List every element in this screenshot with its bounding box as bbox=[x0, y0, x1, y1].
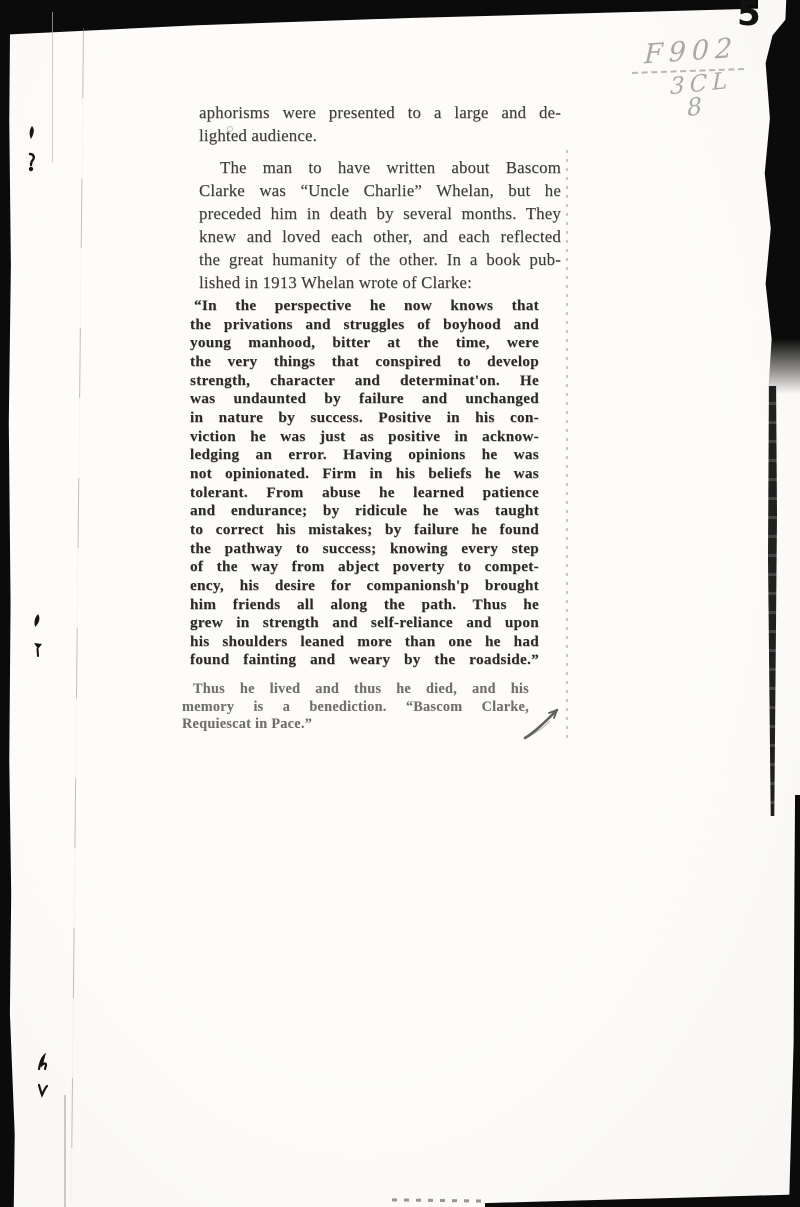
scan-edge-left bbox=[0, 0, 16, 1207]
scan-edge-top bbox=[0, 0, 758, 36]
ink-mark-icon bbox=[35, 1053, 51, 1073]
handwritten-line3: 8 bbox=[686, 92, 703, 123]
ink-mark-icon bbox=[31, 612, 43, 630]
ink-mark-icon bbox=[36, 1082, 50, 1100]
fold-line-short bbox=[64, 1095, 66, 1207]
paragraph-whelan: The man to have written about BascomClar… bbox=[199, 156, 561, 294]
scanned-document-page: 5 F902 3CL 8 aphorisms were presented to… bbox=[0, 0, 800, 1207]
text-line: lighted audience. bbox=[199, 124, 561, 147]
text-line: in nature by success. Positive in his co… bbox=[190, 409, 539, 428]
text-line: “In the perspective he now knows that bbox=[190, 297, 539, 316]
text-line: ledging an error. Having opinions he was bbox=[190, 446, 539, 465]
scan-edge-bottom bbox=[485, 1193, 800, 1207]
text-line: found fainting and weary by the roadside… bbox=[190, 651, 539, 670]
text-line: to correct his mistakes; by failure he f… bbox=[190, 521, 539, 540]
text-line: young manhood, bitter at the time, were bbox=[190, 334, 539, 353]
text-line: was undaunted by failure and unchanged bbox=[190, 390, 539, 409]
text-line: the pathway to success; knowing every st… bbox=[190, 540, 539, 559]
ink-mark-icon bbox=[26, 124, 38, 142]
fold-line-top bbox=[52, 12, 53, 162]
text-line: grew in strength and self-reliance and u… bbox=[190, 614, 539, 633]
scan-edge-right-mid bbox=[768, 386, 777, 816]
closing-paragraph: Thus he lived and thus he died, and hism… bbox=[182, 681, 529, 733]
text-line: knew and loved each other, and each refl… bbox=[199, 225, 561, 248]
page-number-stamp: 5 bbox=[737, 0, 761, 34]
text-line: ency, his desire for companionsh'p broug… bbox=[190, 577, 539, 596]
handwritten-call-number: F902 bbox=[644, 33, 739, 71]
text-line: Thus he lived and thus he died, and his bbox=[182, 681, 529, 698]
text-line: The man to have written about Bascom bbox=[199, 156, 561, 179]
scan-edge-right-bottom bbox=[789, 795, 800, 1207]
newspaper-clipping: aphorisms were presented to a large and … bbox=[199, 101, 561, 733]
ink-mark-icon bbox=[26, 152, 38, 172]
fold-line bbox=[71, 28, 84, 1203]
scan-edge-right-top bbox=[757, 0, 800, 394]
scan-edge-bottom-dots bbox=[392, 1198, 488, 1202]
text-line: memory is a benediction. “Bascom Clarke, bbox=[182, 699, 529, 716]
text-line: not opinionated. Firm in his beliefs he … bbox=[190, 465, 539, 484]
paragraph-continuation: aphorisms were presented to a large and … bbox=[199, 101, 561, 147]
text-line: the privations and struggles of boyhood … bbox=[190, 316, 539, 335]
text-line: his shoulders leaned more than one he ha… bbox=[190, 633, 539, 652]
text-line: Clarke was “Uncle Charlie” Whelan, but h… bbox=[199, 179, 561, 202]
text-line: Requiescat in Pace.” bbox=[182, 716, 529, 733]
text-line: tolerant. From abuse he learned patience bbox=[190, 484, 539, 503]
text-line: him friends all along the path. Thus he bbox=[190, 596, 539, 615]
text-line: viction he was just as positive in ackno… bbox=[190, 428, 539, 447]
text-line: lished in 1913 Whelan wrote of Clarke: bbox=[199, 271, 561, 294]
text-line: and endurance; by ridicule he was taught bbox=[190, 502, 539, 521]
text-line: of the way from abject poverty to compet… bbox=[190, 558, 539, 577]
text-line: the great humanity of the other. In a bo… bbox=[199, 248, 561, 271]
text-line: preceded him in death by several months.… bbox=[199, 202, 561, 225]
text-line: the very things that conspired to develo… bbox=[190, 353, 539, 372]
scan-edge-right-speckle bbox=[778, 390, 800, 790]
block-quote: “In the perspective he now knows thatthe… bbox=[190, 297, 539, 670]
text-line: strength, character and determinat'on. H… bbox=[190, 372, 539, 391]
ink-mark-icon bbox=[31, 640, 45, 660]
text-line: aphorisms were presented to a large and … bbox=[199, 101, 561, 124]
newspaper-column-rule bbox=[566, 150, 568, 742]
